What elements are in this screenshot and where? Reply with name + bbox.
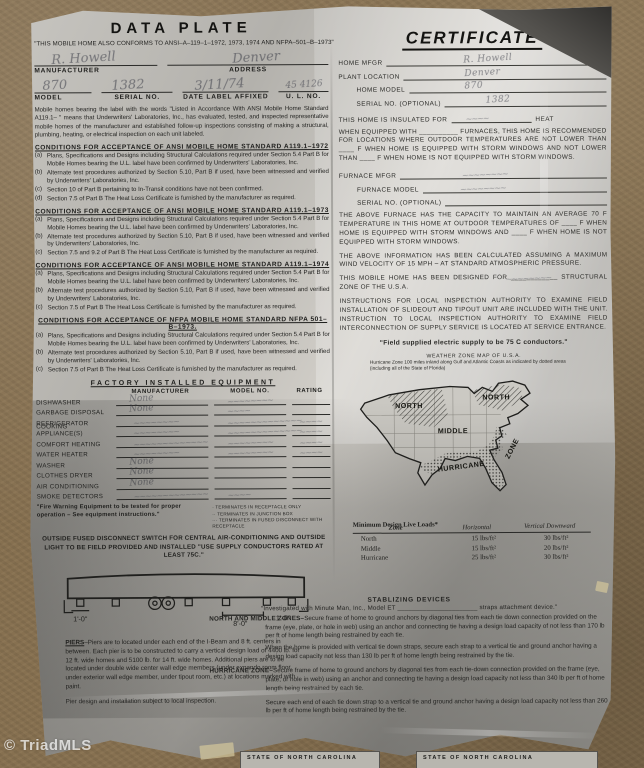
- mfr-blank: [116, 438, 208, 448]
- horizontal-value: 25 lbs/ft²: [446, 554, 521, 561]
- map-label-zone: ZONE: [504, 437, 521, 460]
- insulated-blank: [451, 112, 531, 122]
- col-zone: Zone: [353, 524, 439, 531]
- photo-of-data-plate: DATA PLATE "THIS MOBILE HOME ALSO CONFOR…: [0, 0, 644, 768]
- model-scribble: [228, 437, 274, 448]
- condition-item: (c)Section 7.5 and 9.2 of Part B The Hea…: [35, 248, 329, 257]
- insulated-prefix: THIS HOME IS INSULATED FOR: [339, 116, 452, 124]
- live-loads-row-middle: Middle 15 lbs/ft² 20 lbs/ft²: [353, 544, 591, 552]
- equipment-row: WASHERNone: [36, 457, 330, 469]
- furnace-capacity-paragraph: THE ABOVE FURNACE HAS THE CAPACITY TO MA…: [339, 210, 607, 247]
- rating-blank: [293, 479, 331, 489]
- ul-no-label: U. L. NO.: [279, 92, 329, 100]
- rating-blank: [293, 489, 331, 499]
- condition-item: (d)Section 7.5 of Part B The Heat Loss C…: [35, 194, 329, 203]
- rating-scribble: [299, 417, 322, 427]
- rating-blank: [293, 468, 331, 478]
- furnace-model-blank: [423, 182, 607, 193]
- manufacturer-handwriting: R. Howell: [51, 49, 116, 68]
- address-label: ADDRESS: [168, 65, 329, 74]
- model-blank: [215, 458, 287, 468]
- condition-item: (b)Alternate test procedures authorized …: [36, 348, 330, 365]
- live-loads-row-hurricane: Hurricane 25 lbs/ft² 30 lbs/ft²: [353, 554, 591, 562]
- home-model-blank: 870: [409, 83, 606, 94]
- model-scribble: [227, 406, 250, 416]
- furnace-serial-label: SERIAL NO. (OPTIONAL): [357, 199, 446, 206]
- north-middle-paragraph: NORTH AND MIDDLE ZONES–Secure frame of h…: [209, 613, 609, 641]
- rating-blank: [293, 458, 331, 468]
- cert-serial-blank: 1382: [445, 96, 607, 107]
- equipment-label: AIR CONDITIONING: [37, 483, 111, 490]
- piers-lead: PIERS: [65, 640, 84, 647]
- item-text: Alternate test procedures authorized by …: [47, 231, 329, 248]
- equipment-label: WATER HEATER: [36, 452, 110, 459]
- item-tag: (a): [35, 271, 47, 287]
- live-loads-header: Zone Horizontal Vertical Downward: [353, 523, 591, 534]
- ul-no-field: 45 4126 U. L. NO.: [278, 79, 328, 100]
- home-mfgr-handwriting: R. Howell: [463, 53, 513, 66]
- zone-value: Middle: [353, 545, 446, 552]
- map-label-middle: MIDDLE: [438, 427, 468, 435]
- conformance-statement: "THIS MOBILE HOME ALSO CONFORMS TO ANSI–…: [34, 39, 328, 48]
- equipment-label: COOKING APPLIANCE(S): [36, 424, 110, 438]
- item-tag: (b): [35, 288, 47, 304]
- condition-item: (a)Plans, Specifications and Designs inc…: [35, 215, 329, 232]
- plant-location-label: PLANT LOCATION: [338, 73, 403, 80]
- outside-disconnect-note: OUTSIDE FUSED DISCONNECT SWITCH FOR CENT…: [41, 534, 327, 561]
- tape-fragment: [595, 581, 609, 593]
- serial-label: SERIAL NO.: [102, 93, 173, 101]
- item-tag: (a): [36, 332, 48, 348]
- date-handwriting: 3/11/74: [194, 76, 245, 94]
- home-model-handwriting: 870: [464, 81, 483, 92]
- equipment-label: DISHWASHER: [36, 399, 110, 406]
- live-loads-table: Minimum Design Live Loads* Zone Horizont…: [353, 521, 591, 563]
- manufacturer-field: R. Howell MANUFACTURER: [34, 53, 157, 75]
- hurricane-text-1: Secure frame of home to ground anchors b…: [266, 666, 605, 692]
- zone-scribble: [505, 272, 551, 285]
- rating-blank: [292, 416, 330, 426]
- horizontal-value: 15 lbs/ft²: [446, 535, 521, 542]
- map-label-hurricane: HURRICANE: [437, 460, 485, 474]
- cert-serial-field: SERIAL NO. (OPTIONAL)1382: [339, 96, 607, 107]
- item-text: Section 7.5 of Part B The Heat Loss Cert…: [48, 365, 330, 374]
- item-text: Section 10 of Part B pertaining to In-Tr…: [47, 185, 329, 194]
- mfr-scribble: [133, 427, 179, 438]
- mfr-blank: [116, 417, 208, 427]
- fire-warning-note: "Fire Warning Equipment to be tested for…: [37, 504, 205, 531]
- terminates-notes: · TERMINATES IN RECEPTACLE ONLY ·· TERMI…: [212, 503, 331, 529]
- usa-weather-zone-map: NORTH NORTH MIDDLE HURRICANE ZONE: [348, 374, 583, 517]
- insulated-suffix: HEAT: [531, 115, 558, 122]
- serial-blank-line: 1382: [101, 80, 172, 93]
- hurricane-lead: HURRICANE ZONE–: [209, 668, 273, 675]
- col-horizontal: Horizontal: [439, 524, 515, 531]
- field-supply-quote: "Field supplied electric supply to be 75…: [340, 338, 608, 346]
- date-blank-line: 3/11/74: [183, 79, 269, 92]
- model-blank-line: 870: [34, 80, 91, 93]
- item-tag: (c): [35, 186, 47, 194]
- model-label: MODEL: [34, 93, 91, 101]
- condition-item: (b)Alternate test procedures authorized …: [35, 231, 329, 248]
- mfr-blank: None: [117, 480, 209, 490]
- item-text: Plans, Specifications and Designs includ…: [47, 151, 329, 168]
- address-field: Denver ADDRESS: [168, 52, 329, 74]
- model-blank: [215, 406, 287, 416]
- item-tag: (a): [35, 153, 47, 169]
- manufacturer-blank-line: R. Howell: [34, 53, 157, 67]
- condition-item: (b)Alternate test procedures authorized …: [35, 286, 329, 303]
- model-blank: [215, 427, 287, 437]
- item-text: Section 7.5 and 9.2 of Part B The Heat L…: [47, 248, 329, 257]
- label-meaning-paragraph: Mobile homes bearing the label with the …: [35, 105, 329, 140]
- col-model-no: MODEL NO.: [211, 389, 289, 395]
- item-text: Plans, Specifications and Designs includ…: [48, 331, 330, 348]
- furnace-mfgr-label: FURNACE MFGR: [339, 173, 401, 180]
- rating-blank: [293, 447, 331, 457]
- model-blank: [214, 395, 286, 405]
- item-tag: (c): [36, 366, 48, 374]
- equipment-label: GARBAGE DISPOSAL: [36, 410, 110, 417]
- metal-data-plate: DATA PLATE "THIS MOBILE HOME ALSO CONFOR…: [24, 3, 618, 763]
- zone-value: Hurricane: [353, 555, 446, 562]
- furnace-model-scribble: [460, 183, 506, 194]
- weather-map-caption: Hurricane Zone 100 miles inland along Gu…: [370, 359, 570, 373]
- model-blank: [215, 479, 287, 489]
- rating-scribble: [299, 427, 322, 437]
- furnace-mfgr-blank: [400, 169, 607, 180]
- hurricane-paragraph: HURRICANE ZONE–Secure frame of home to g…: [209, 666, 609, 694]
- model-scribble: [227, 395, 273, 406]
- state-stamp-left: STATE OF NORTH CAROLINA: [240, 751, 380, 768]
- item-text: Alternate test procedures authorized by …: [48, 348, 330, 365]
- north-middle-paragraph-2: When the home is provided with vertical …: [209, 643, 609, 662]
- item-tag: (a): [35, 216, 47, 232]
- model-scribble: [228, 490, 251, 500]
- furnace-serial-blank: [446, 195, 608, 206]
- serial-field: 1382 SERIAL NO.: [101, 80, 172, 101]
- mfr-handwriting: None: [129, 404, 154, 415]
- vertical-value: 20 lbs/ft²: [521, 544, 590, 551]
- equipment-row: WATER HEATER: [36, 447, 330, 459]
- terminates-note-3: ··· TERMINATES IN FUSED DISCONNECT WITH …: [212, 517, 330, 530]
- equipment-row: COOKING APPLIANCE(S): [36, 426, 330, 438]
- rating-blank: [293, 437, 331, 447]
- equipment-label: WASHER: [36, 462, 110, 469]
- item-tag: (d): [35, 195, 47, 203]
- plant-location-field: PLANT LOCATIONDenver: [338, 69, 606, 80]
- zone-value: North: [353, 536, 446, 543]
- furnace-mfgr-field: FURNACE MFGR: [339, 169, 607, 180]
- equipment-label: SMOKE DETECTORS: [37, 494, 111, 501]
- condition-item: (b)Alternate test procedures authorized …: [35, 168, 329, 185]
- item-text: Plans, Specifications and Designs includ…: [47, 215, 329, 232]
- condition-item: (c)Section 7.5 of Part B The Heat Loss C…: [36, 303, 330, 312]
- condition-item: (a)Plans, Specifications and Designs inc…: [35, 269, 329, 286]
- item-tag: (b): [35, 233, 47, 249]
- structural-zone-text: THIS MOBILE HOME HAS BEEN DESIGNED FOR _…: [339, 274, 607, 291]
- condition-item: (c)Section 10 of Part B pertaining to In…: [35, 185, 329, 194]
- rating-blank: [292, 395, 330, 405]
- model-blank: [215, 490, 287, 500]
- equipment-row: CLOTHES DRYERNone: [36, 468, 330, 480]
- insulated-line: THIS HOME IS INSULATED FOR HEAT: [339, 112, 607, 123]
- insulated-scribble: [466, 113, 489, 123]
- model-blank: [215, 448, 287, 458]
- condition-item: (c)Section 7.5 of Part B The Heat Loss C…: [36, 365, 330, 374]
- structural-zone-paragraph: THIS MOBILE HOME HAS BEEN DESIGNED FOR _…: [339, 274, 607, 293]
- rating-blank: [293, 426, 331, 436]
- model-handwriting: 870: [42, 78, 68, 94]
- item-text: Plans, Specifications and Designs includ…: [47, 269, 329, 286]
- cert-serial-label: SERIAL NO. (OPTIONAL): [357, 100, 446, 107]
- furnace-serial-field: SERIAL NO. (OPTIONAL): [339, 195, 607, 206]
- mfr-scribble: [133, 417, 179, 428]
- state-stamp-right: STATE OF NORTH CAROLINA: [416, 751, 598, 768]
- item-tag: (b): [36, 349, 48, 365]
- north-middle-text-1: Secure frame of home to ground anchors b…: [265, 614, 604, 640]
- equipment-row: AIR CONDITIONINGNone: [37, 478, 331, 490]
- tape-fragment: [199, 742, 234, 759]
- furnace-model-field: FURNACE MODEL: [339, 182, 607, 193]
- item-text: Section 7.5 of Part B The Heat Loss Cert…: [47, 194, 329, 203]
- mfr-blank: [117, 490, 209, 500]
- id-fields-row-2: 870 MODEL 1382 SERIAL NO. 3/11/74 DATE L…: [34, 79, 328, 102]
- model-scribble: [228, 448, 274, 459]
- equipment-label: COMFORT HEATING: [36, 441, 110, 448]
- cert-serial-handwriting: 1382: [485, 94, 510, 105]
- furnace-equip-paragraph: WHEN EQUIPPED WITH __________ FURNACES, …: [339, 127, 607, 164]
- equipment-row: GARBAGE DISPOSALNone: [36, 405, 330, 417]
- address-handwriting: Denver: [231, 49, 280, 67]
- mfr-scribble: [133, 490, 207, 502]
- ul-no-handwriting: 45 4126: [285, 79, 323, 91]
- col-rating: RATING: [289, 388, 330, 394]
- rating-scribble: [299, 438, 322, 448]
- rating-scribble: [299, 448, 322, 458]
- furnace-model-label: FURNACE MODEL: [357, 186, 423, 193]
- col-vertical-downward: Vertical Downward: [515, 523, 585, 531]
- item-tag: (b): [35, 169, 47, 185]
- equipment-row: COMFORT HEATING: [36, 436, 330, 448]
- live-loads-row-north: North 15 lbs/ft² 30 lbs/ft²: [353, 535, 591, 543]
- date-affixed-field: 3/11/74 DATE LABEL AFFIXED: [183, 79, 269, 100]
- item-text: Section 7.5 of Part B The Heat Loss Cert…: [48, 303, 330, 312]
- map-label-north-west: NORTH: [395, 402, 423, 410]
- wind-velocity-paragraph: THE ABOVE INFORMATION HAS BEEN CALCULATE…: [339, 251, 607, 270]
- rating-blank: [292, 405, 330, 415]
- factory-equipment-heading: FACTORY INSTALLED EQUIPMENT: [36, 379, 330, 388]
- vertical-value: 30 lbs/ft²: [521, 535, 590, 542]
- id-fields-row-1: R. Howell MANUFACTURER Denver ADDRESS: [34, 52, 328, 75]
- home-mfgr-field: HOME MFGRR. Howell: [338, 56, 606, 67]
- item-tag: (c): [36, 304, 48, 312]
- plant-location-blank: Denver: [404, 69, 607, 80]
- home-model-field: HOME MODEL870: [338, 83, 606, 94]
- model-blank: [215, 437, 287, 447]
- mfr-handwriting: None: [129, 477, 154, 488]
- investigated-line: "Investigated with Minute Man, Inc., Mod…: [209, 603, 609, 612]
- home-model-label: HOME MODEL: [356, 87, 409, 94]
- equipment-label: CLOTHES DRYER: [36, 473, 110, 480]
- item-text: Alternate test procedures authorized by …: [47, 168, 329, 185]
- north-middle-lead: NORTH AND MIDDLE ZONES–: [209, 615, 304, 622]
- equipment-notes-row: "Fire Warning Equipment to be tested for…: [37, 503, 331, 530]
- certificate-column: CERTIFICATE HOME MFGRR. Howell PLANT LOC…: [338, 28, 609, 563]
- hurricane-paragraph-2: Secure each end of each tie down strap t…: [210, 697, 610, 716]
- condition-item: (a)Plans, Specifications and Designs inc…: [35, 151, 329, 168]
- item-text: Alternate test procedures authorized by …: [47, 286, 329, 303]
- address-blank-line: Denver: [168, 52, 329, 66]
- col-manufacturer: MANUFACTURER: [110, 389, 211, 396]
- center-crease: [330, 41, 335, 581]
- triadmls-watermark: © TriadMLS: [4, 737, 92, 754]
- stabilizing-devices-section: STABLIZING DEVICES "Investigated with Mi…: [209, 595, 610, 716]
- furnace-mfgr-scribble: [462, 169, 508, 180]
- horizontal-value: 15 lbs/ft²: [446, 545, 521, 552]
- vertical-value: 30 lbs/ft²: [522, 554, 591, 561]
- mfr-blank: [116, 427, 208, 437]
- home-mfgr-label: HOME MFGR: [338, 60, 386, 67]
- model-field: 870 MODEL: [34, 80, 91, 101]
- ul-no-blank-line: 45 4126: [278, 79, 328, 92]
- section-heading-nfpa: CONDITIONS FOR ACCEPTANCE OF NFPA MOBILE…: [36, 316, 330, 332]
- equipment-row: SMOKE DETECTORS: [37, 489, 331, 501]
- item-tag: (c): [35, 250, 47, 258]
- data-plate-title: DATA PLATE: [34, 19, 328, 38]
- equipment-row: DISHWASHERNone: [36, 394, 330, 406]
- model-blank: [215, 416, 287, 426]
- serial-handwriting: 1382: [111, 77, 145, 94]
- plant-location-handwriting: Denver: [464, 67, 501, 79]
- model-blank: [215, 469, 287, 479]
- inspection-instructions-paragraph: INSTRUCTIONS FOR LOCAL INSPECTION AUTHOR…: [340, 296, 608, 333]
- mfr-blank: None: [116, 406, 208, 416]
- map-label-north-east: NORTH: [482, 393, 510, 401]
- condition-item: (a)Plans, Specifications and Designs inc…: [36, 331, 330, 348]
- dim-left: 1'-0": [73, 616, 88, 624]
